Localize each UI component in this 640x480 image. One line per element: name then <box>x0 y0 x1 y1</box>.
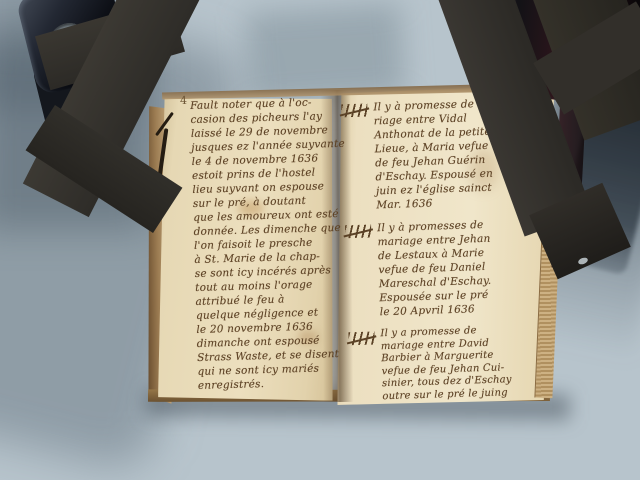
left-page-handwritten-text: Fault noter que à l'oc-casion des picheu… <box>190 95 340 393</box>
tally-5-mark-icon <box>348 331 374 345</box>
entry-text: Il y à promesses demariage entre Jehande… <box>377 218 493 319</box>
tally-5-mark-icon <box>345 224 371 238</box>
photo-of-open-manuscript: 4 5 Fault noter que à l'oc-casion des pi… <box>0 0 640 480</box>
manuscript-line: le 20 Apvril 1636 <box>380 302 493 320</box>
register-entry: Il y a promesse demariage entre DavidBar… <box>348 323 560 405</box>
manuscript-line: Mar. 1636 <box>376 194 501 212</box>
entry-text: Il y a promesse demariage entre DavidBar… <box>380 324 512 403</box>
tally-5-mark-icon <box>341 104 367 118</box>
page-number-left: 4 <box>180 94 187 107</box>
